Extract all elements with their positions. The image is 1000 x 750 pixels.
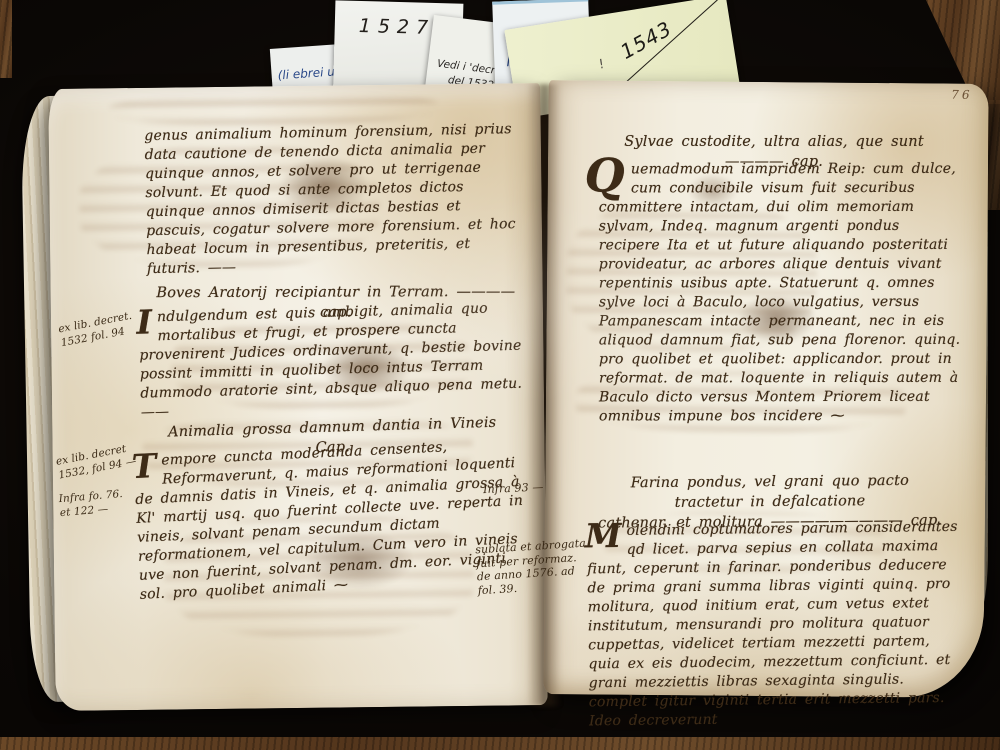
margin-note-infra-93: Infra 93 — xyxy=(483,480,544,496)
ink-bleed-smudge xyxy=(108,92,438,126)
wood-table-left-edge xyxy=(0,0,12,78)
manuscript-paragraph-indulgendum: Indulgendum est quis ambigit, animalia q… xyxy=(138,298,533,422)
sticky-note-li-ebrei-text: (li ebrei u xyxy=(277,64,335,82)
photo-scene: (li ebrei u 1527 Vedi i 'decreti del 153… xyxy=(0,0,1000,750)
paragraph-text: empore cuncta moderanda censentes, Refor… xyxy=(135,439,523,603)
margin-note-sublata: sublata et abrogata fuit per reformaz. d… xyxy=(475,537,589,598)
margin-note-infra-fo: Infra fo. 76. et 122 — xyxy=(58,488,124,520)
paragraph-text: uemadmodum iampridem Reip: cum dulce, cu… xyxy=(599,161,961,425)
manuscript-paragraph-genus: genus animalium hominum forensium, nisi … xyxy=(144,120,527,279)
paragraph-text: olendini coptumatores parum considerante… xyxy=(587,519,957,730)
drop-initial-T: T xyxy=(131,453,157,480)
left-page: ex lib. decret. 1532 fol. 94 ex lib. dec… xyxy=(48,83,548,711)
manuscript-paragraph-molendini: Molendini coptumatores parum considerant… xyxy=(587,518,962,732)
drop-initial-Q: Q xyxy=(585,160,625,190)
sticky-note-1543-mark: ! xyxy=(598,57,606,73)
manuscript-paragraph-quemadmodum: Quemadmodum iampridem Reip: cum dulce, c… xyxy=(599,160,961,427)
folio-number: 76 xyxy=(951,88,972,102)
drop-initial-I: I xyxy=(136,309,152,335)
right-page: 76 Infra 93 — sublata et abrogata fuit p… xyxy=(543,80,988,698)
sticky-note-1543-text: 1543 xyxy=(616,16,676,64)
margin-note-decret-1532a: ex lib. decret. 1532 fol. 94 xyxy=(57,310,135,350)
wood-table-right-edge xyxy=(987,100,1000,210)
drop-initial-M: M xyxy=(585,523,622,549)
sticky-note-1527-text: 1527 xyxy=(359,15,436,39)
paragraph-text: ndulgendum est quis ambigit, animalia qu… xyxy=(139,301,522,421)
margin-note-decret-1532b: ex lib. decret 1532, fol 94 — xyxy=(55,441,138,482)
wood-table-bottom-edge xyxy=(0,737,1000,750)
